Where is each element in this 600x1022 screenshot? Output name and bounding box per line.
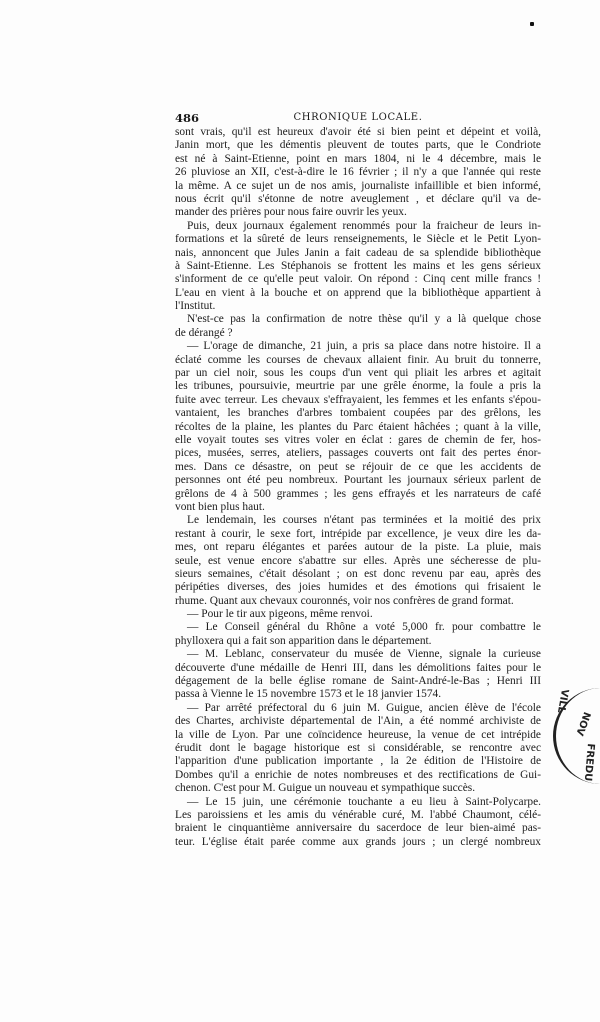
- text-line: l'apparition d'une publication important…: [175, 755, 541, 768]
- text-line: vont bien plus haut.: [175, 501, 541, 514]
- text-line: la même. A ce sujet un de nos amis, jour…: [175, 180, 541, 193]
- text-line: L'eau en vient à la bouche et on apprend…: [175, 287, 541, 300]
- stamp-text-3: FREDU: [582, 743, 596, 782]
- text-line: Le lendemain, les courses n'étant pas te…: [175, 514, 541, 527]
- text-line: Dombes qu'il a enrichie de notes nombreu…: [175, 769, 541, 782]
- text-line: sieurs semaines, c'était désolant ; on e…: [175, 568, 541, 581]
- library-stamp: VILL NOV FREDU: [553, 688, 600, 784]
- ink-speck: [530, 22, 534, 26]
- text-line: rhume. Quant aux chevaux couronnés, voir…: [175, 595, 541, 608]
- text-line: de dérangé ?: [175, 327, 541, 340]
- text-line: N'est-ce pas la confirmation de notre th…: [175, 313, 541, 326]
- text-line: pices, musées, serres, ateliers, passage…: [175, 447, 541, 460]
- page-header: 486 CHRONIQUE LOCALE.: [175, 111, 541, 125]
- text-line: mes, ont reparu élégantes et parées auto…: [175, 541, 541, 554]
- text-line: s'informent de ce qu'elle peut valoir. O…: [175, 273, 541, 286]
- text-line: nous écrit qu'il s'étonne de notre aveug…: [175, 193, 541, 206]
- text-line: Janin mort, que les démentis pleuvent de…: [175, 139, 541, 152]
- text-line: les tribunes, poursuivie, meurtrie par u…: [175, 380, 541, 393]
- text-line: par un ciel noir, sous les coups d'un ve…: [175, 367, 541, 380]
- text-line: sont vrais, qu'il est heureux d'avoir ét…: [175, 126, 541, 139]
- text-line: phylloxera qui a fait son apparition dan…: [175, 635, 541, 648]
- text-line: nais, annoncent que Jules Janin a fait c…: [175, 247, 541, 260]
- text-line: fuite avec terreur. Les chevaux s'effray…: [175, 394, 541, 407]
- text-line: personnes ont été peu nombreux. Pourtant…: [175, 474, 541, 487]
- text-line: érudit dont le bagage historique est si …: [175, 742, 541, 755]
- article-body: sont vrais, qu'il est heureux d'avoir ét…: [175, 126, 541, 849]
- text-line: récoltes de la plaine, les plantes du Pa…: [175, 421, 541, 434]
- text-line: vantaient, les branches d'arbres tombaie…: [175, 407, 541, 420]
- text-line: teur. L'église était parée comme aux gra…: [175, 836, 541, 849]
- text-line: Puis, deux journaux également renommés p…: [175, 220, 541, 233]
- text-line: seule, est venue encore s'abattre sur el…: [175, 555, 541, 568]
- stamp-text-1: VILL: [555, 688, 570, 714]
- text-line: dégagement de la belle église romane de …: [175, 675, 541, 688]
- text-line: — Le Conseil général du Rhône a voté 5,0…: [175, 621, 541, 634]
- text-line: l'Institut.: [175, 300, 541, 313]
- text-line: — Le 15 juin, une cérémonie touchante a …: [175, 796, 541, 809]
- text-line: découverte d'une médaille de Henri III, …: [175, 662, 541, 675]
- text-line: passa à Vienne le 15 novembre 1573 et le…: [175, 688, 541, 701]
- text-line: la ville de Lyon. Par une coïncidence he…: [175, 729, 541, 742]
- text-line: elle voyait toutes ses vitres voler en é…: [175, 434, 541, 447]
- text-line: — Par arrêté préfectoral du 6 juin M. Gu…: [175, 702, 541, 715]
- stamp-text-2: NOV: [573, 710, 592, 737]
- text-line: — Pour le tir aux pigeons, même renvoi.: [175, 608, 541, 621]
- text-line: formations et la sûreté de leurs renseig…: [175, 233, 541, 246]
- text-line: 26 pluviose an XII, c'est-à-dire le 16 f…: [175, 166, 541, 179]
- text-line: est né à Saint-Etienne, point en mars 18…: [175, 153, 541, 166]
- scanned-page: 486 CHRONIQUE LOCALE. sont vrais, qu'il …: [0, 0, 600, 1022]
- text-line: chenon. C'est pour M. Guigue un nouveau …: [175, 782, 541, 795]
- text-line: grêlons de 4 à 500 grammes ; les gens ef…: [175, 488, 541, 501]
- text-line: des Chartes, archiviste départemental de…: [175, 715, 541, 728]
- text-line: mes. Dans ce désastre, on peut se réjoui…: [175, 461, 541, 474]
- text-line: à Saint-Etienne. Les Stéphanois se frott…: [175, 260, 541, 273]
- text-line: mander des prières pour nous faire ouvri…: [175, 206, 541, 219]
- text-line: braient le cinquantième anniversaire du …: [175, 822, 541, 835]
- text-line: éclaté comme les courses de chevaux alla…: [175, 354, 541, 367]
- text-line: Les paroissiens et les amis du vénérable…: [175, 809, 541, 822]
- running-head: CHRONIQUE LOCALE.: [175, 111, 541, 125]
- text-line: restant à courir, le sexe fort, intrépid…: [175, 528, 541, 541]
- text-line: — M. Leblanc, conservateur du musée de V…: [175, 648, 541, 661]
- text-line: péripéties diverses, des joies humides e…: [175, 581, 541, 594]
- text-line: — L'orage de dimanche, 21 juin, a pris s…: [175, 340, 541, 353]
